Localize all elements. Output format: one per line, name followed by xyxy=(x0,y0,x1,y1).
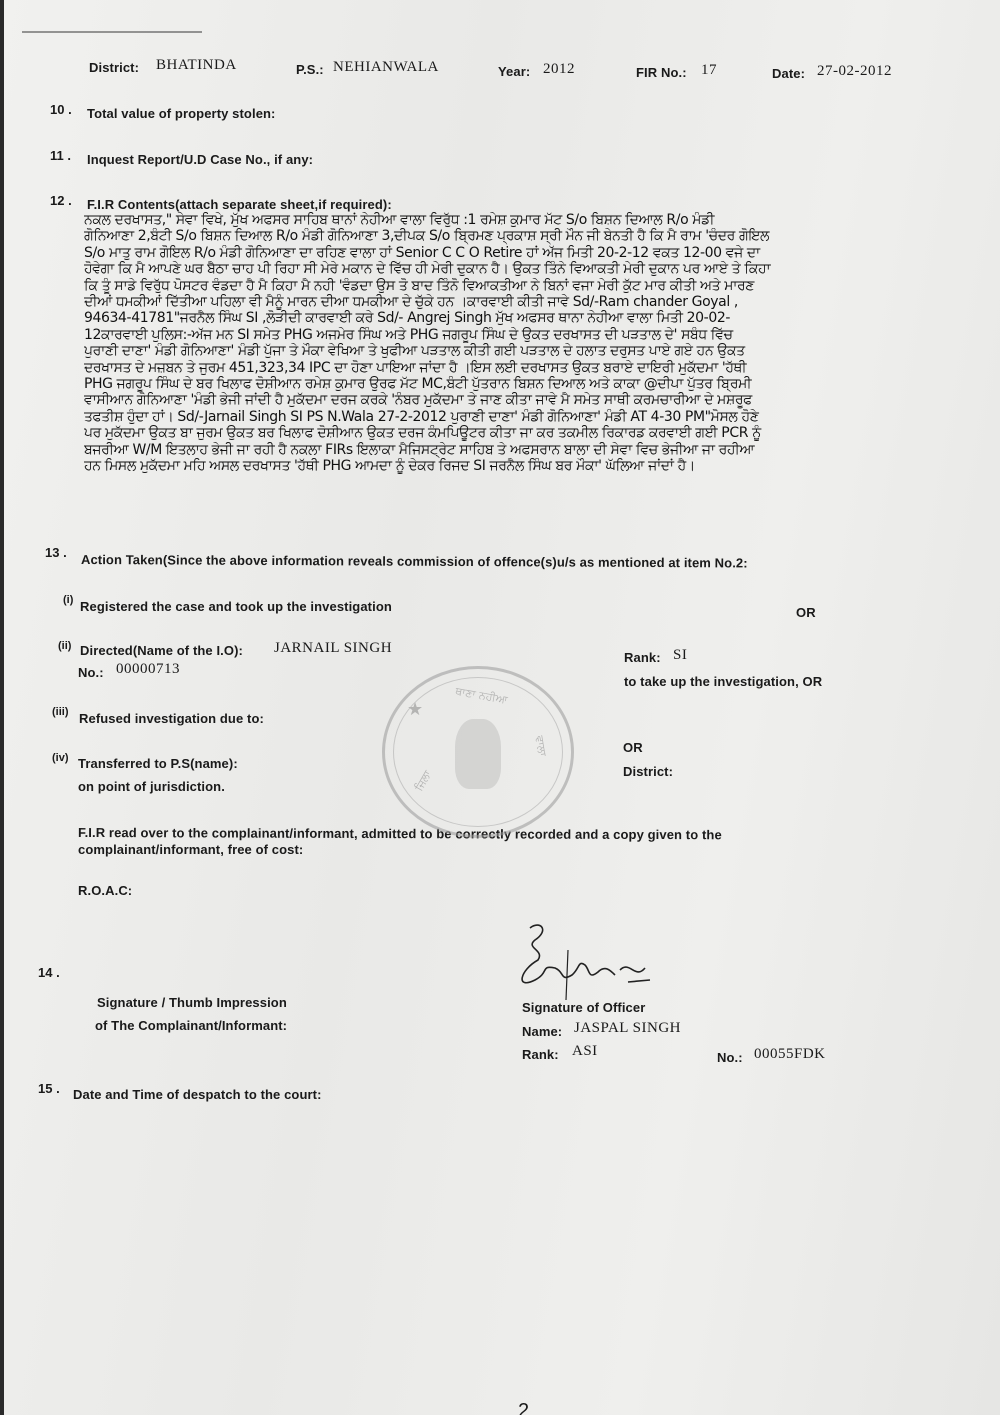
roac-label: R.O.A.C: xyxy=(78,883,132,898)
item-label: Inquest Report/U.D Case No., if any: xyxy=(87,152,313,167)
item-number: 11 . xyxy=(50,148,71,163)
read-over-text: F.I.R read over to the complainant/infor… xyxy=(78,825,722,842)
fir-content-line: ਦੀਆਂ ਧਮਕੀਆਂ ਦਿੱਤੀਆ ਪਹਿਲਾ ਵੀ ਮੈਨੂੰ ਮਾਰਨ ਦ… xyxy=(84,294,984,310)
sub-iv-or: OR xyxy=(623,740,643,755)
item-label: Total value of property stolen: xyxy=(87,106,276,121)
fir-no-label: FIR No.: xyxy=(636,65,687,80)
fir-content-line: ਪਰ ਮੁਕੱਦਮਾ ਉਕਤ ਬਾ ਜੁਰਮ ਉਕਤ ਬਰ ਖਿਲਾਫ ਦੋਸ਼… xyxy=(84,425,984,441)
io-rank-value: SI xyxy=(673,647,687,664)
item-number: 10 . xyxy=(50,102,72,117)
page-number: 2 xyxy=(518,1400,529,1415)
complainant-signature-label-2: of The Complainant/Informant: xyxy=(95,1018,287,1033)
officer-rank-label: Rank: xyxy=(522,1047,559,1062)
date-label: Date: xyxy=(772,66,805,81)
fir-content-line: ਦਰਖਾਸਤ ਦੇ ਮਜ਼ਬਨ ਤੇ ਜੁਰਮ 451,323,34 IPC ਦ… xyxy=(84,360,984,376)
emblem-icon xyxy=(455,719,501,789)
fir-contents: ਨਕਲ ਦਰਖਾਸਤ," ਸੇਵਾ ਵਿਖੇ, ਮੁੱਖ ਅਫਸਰ ਸਾਹਿਬ … xyxy=(84,212,984,475)
scan-edge xyxy=(0,0,4,1415)
io-no-label: No.: xyxy=(78,665,104,680)
fir-no-value: 17 xyxy=(701,62,717,79)
sub-i-label: Registered the case and took up the inve… xyxy=(80,599,392,614)
district-label: District: xyxy=(89,60,139,75)
fir-content-line: ਹਨ ਮਿਸਲ ਮੁਕੱਦਮਾ ਮਹਿ ਅਸਲ ਦਰਖਾਸਤ 'ਹੱਥੀ PHG… xyxy=(84,458,984,474)
read-over-text-2: complainant/informant, free of cost: xyxy=(78,842,303,857)
sub-iv-label2: on point of jurisdiction. xyxy=(78,779,225,794)
item-number: 15 . xyxy=(38,1081,60,1096)
sub-iii-label: Refused investigation due to: xyxy=(79,711,264,726)
item-number: 14 . xyxy=(38,965,60,980)
item-number: 13 . xyxy=(45,545,67,560)
fir-content-line: 12ਕਾਰਵਾਈ ਪੁਲਿਸ:-ਅੱਜ ਮਨ SI ਸਮੇਤ PHG ਅਜਮੇਰ… xyxy=(84,327,984,343)
year-label: Year: xyxy=(498,64,530,79)
date-value: 27-02-2012 xyxy=(817,63,892,80)
io-tail: to take up the investigation, OR xyxy=(624,674,822,689)
sub-ii-marker: (ii) xyxy=(58,640,71,652)
sub-ii-label: Directed(Name of the I.O): xyxy=(80,643,243,658)
sub-iv-label: Transferred to P.S(name): xyxy=(78,756,238,771)
sub-iv-marker: (iv) xyxy=(52,752,69,764)
io-rank-label: Rank: xyxy=(624,650,661,665)
item-number: 12 . xyxy=(50,193,72,208)
sub-i-or: OR xyxy=(796,605,816,620)
year-value: 2012 xyxy=(543,61,575,78)
official-seal-icon: ★ ਥਾਣਾ ਨਹੀਆ ਵਾਲਾ ਜਿਲਾ xyxy=(382,666,574,838)
officer-name: JASPAL SINGH xyxy=(574,1020,681,1037)
signature-icon xyxy=(510,920,660,1000)
fir-content-line: ਕਿ ਤੂੰ ਸਾਡੇ ਵਿਰੁੱਧ ਪੋਸਟਰ ਵੰਡਦਾ ਹੈ ਮੈ ਕਿਹ… xyxy=(84,278,984,294)
district-value: BHATINDA xyxy=(156,57,237,74)
complainant-signature-label: Signature / Thumb Impression xyxy=(97,995,287,1010)
ps-label: P.S.: xyxy=(296,62,324,77)
sub-iii-marker: (iii) xyxy=(52,706,69,718)
fir-content-line: 94634-41781"ਜਰਨੈਲ ਸਿੰਘ SI ,ਲੋੜੀਦੀ ਕਾਰਵਾਈ… xyxy=(84,310,984,326)
item-label: Date and Time of despatch to the court: xyxy=(73,1087,322,1102)
ps-value: NEHIANWALA xyxy=(333,59,439,76)
io-name: JARNAIL SINGH xyxy=(274,640,392,657)
fir-content-line: ਗੋਨਿਆਣਾ 2,ਬੰਟੀ S/o ਬਿਸ਼ਨ ਦਿਆਲ R/o ਮੰਡੀ ਗ… xyxy=(84,228,984,244)
fir-content-line: S/o ਮਾਤੁ ਰਾਮ ਗੋਇਲ R/o ਮੰਡੀ ਗੋਨਿਆਣਾ ਦਾ ਰਹ… xyxy=(84,245,984,261)
item-label: Action Taken(Since the above information… xyxy=(81,552,748,570)
io-no-value: 00000713 xyxy=(116,661,180,678)
fir-content-line: ਹੋਵੇਗਾ ਕਿ ਮੈ ਆਪਣੇ ਘਰ ਬੈਠਾ ਚਾਹ ਪੀ ਰਿਹਾ ਸੀ… xyxy=(84,261,984,277)
sub-i-marker: (i) xyxy=(63,594,73,606)
fir-content-line: ਵਾਸੀਆਨ ਗੋਨਿਆਣਾ 'ਮੰਡੀ ਭੇਜੀ ਜਾਂਦੀ ਹੈ ਮੁਕੱਦ… xyxy=(84,392,984,408)
sub-iv-district-label: District: xyxy=(623,764,673,779)
officer-no: 00055FDK xyxy=(754,1046,826,1063)
fir-content-line: ਨਕਲ ਦਰਖਾਸਤ," ਸੇਵਾ ਵਿਖੇ, ਮੁੱਖ ਅਫਸਰ ਸਾਹਿਬ … xyxy=(84,212,984,228)
item-label: F.I.R Contents(attach separate sheet,if … xyxy=(87,197,392,212)
officer-rank: ASI xyxy=(572,1043,598,1060)
officer-name-label: Name: xyxy=(522,1024,562,1039)
scan-top-rule xyxy=(22,31,202,33)
fir-content-line: ਬਜਰੀਆ W/M ਇਤਲਾਹ ਭੇਜੀ ਜਾ ਰਹੀ ਹੈ ਨਕਲਾ FIRs… xyxy=(84,442,984,458)
officer-no-label: No.: xyxy=(717,1050,743,1065)
fir-content-line: PHG ਜਗਰੂਪ ਸਿੰਘ ਦੇ ਬਰ ਖਿਲਾਫ ਦੋਸ਼ੀਆਨ ਰਮੇਸ਼… xyxy=(84,376,984,392)
fir-content-line: ਤਫਤੀਸ਼ ਹੁੰਦਾ ਹਾਂ। Sd/-Jarnail Singh SI P… xyxy=(84,409,984,425)
fir-content-line: ਪੁਰਾਣੀ ਦਾਣਾ' ਮੰਡੀ ਗੋਨਿਆਣਾ' ਮੰਡੀ ਪੁੱਜਾ ਤੇ… xyxy=(84,343,984,359)
officer-signature-label: Signature of Officer xyxy=(522,1000,645,1015)
